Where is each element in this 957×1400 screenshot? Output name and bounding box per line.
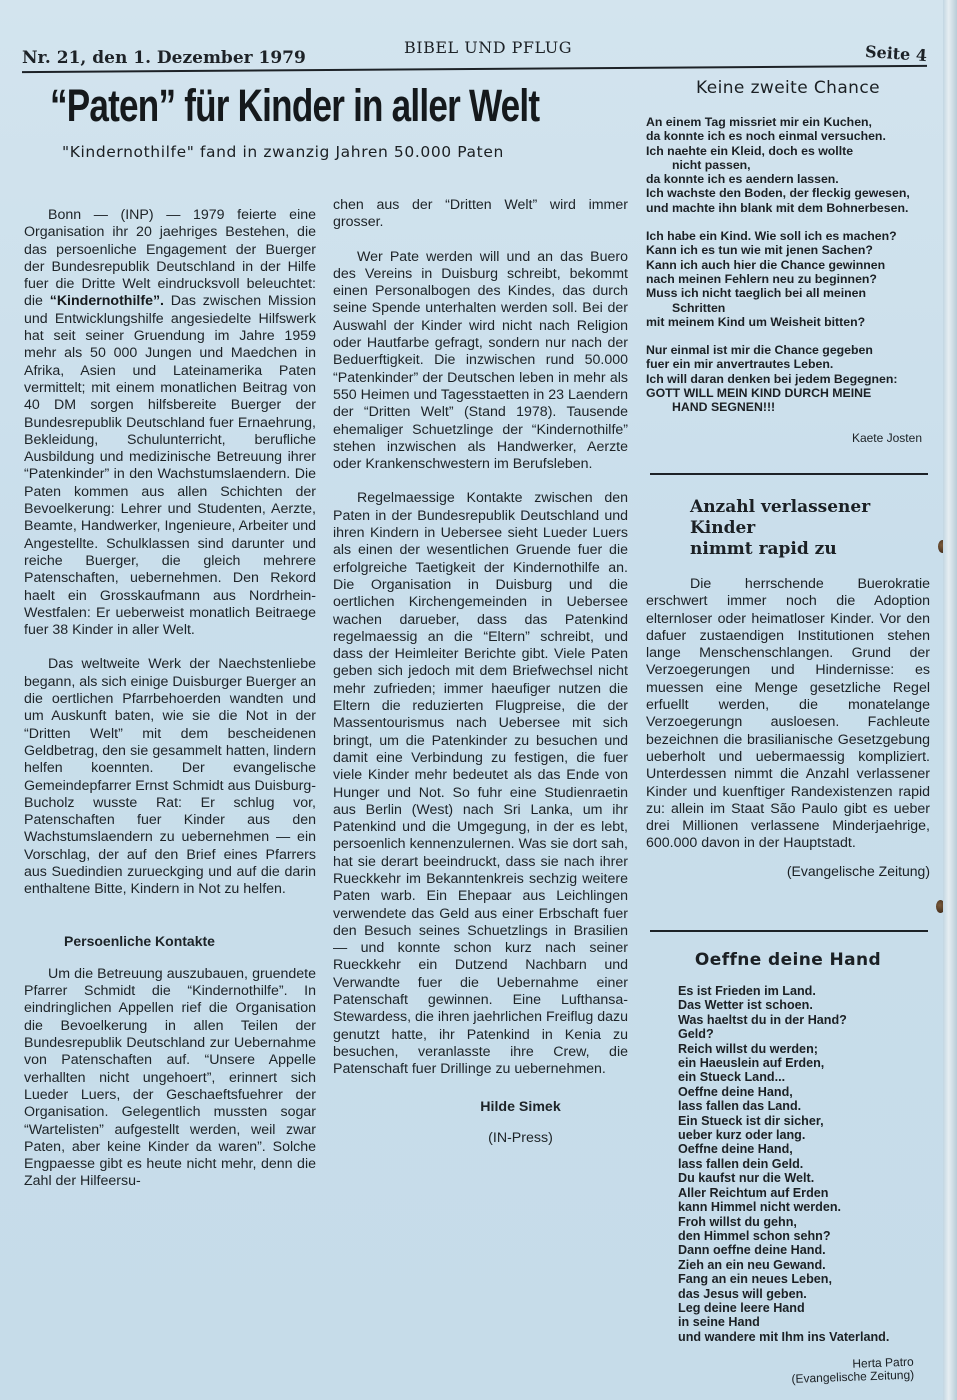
page-binding-edge [943,0,957,1400]
poem-keine-zweite-chance: Keine zweite Chance An einem Tag missrie… [646,78,930,445]
poem-title: Keine zweite Chance [646,78,930,98]
article-column-1: Bonn — (INP) — 1979 feierte eine Organis… [24,207,316,1191]
paragraph-continued: chen aus der “Dritten Welt” wird immer g… [333,197,628,232]
paragraph: Um die Betreuung auszubauen, gruendete P… [24,966,316,1191]
section-heading: Persoenliche Kontakte [64,933,316,950]
poem-author: Herta Patro (Evangelische Zeitung) [646,1355,931,1391]
paragraph: Bonn — (INP) — 1979 feierte eine Organis… [24,207,316,639]
poem-lines: Es ist Frieden im Land. Das Wetter ist s… [646,984,930,1344]
masthead: Nr. 21, den 1. Dezember 1979 BIBEL UND P… [22,38,927,78]
issue-date: Nr. 21, den 1. Dezember 1979 [22,48,306,68]
organisation-name: “Kindernothilfe”. [50,293,164,309]
paragraph: Wer Pate werden will und an das Buero de… [333,249,628,474]
source-credit: (IN-Press) [333,1130,628,1147]
source-credit: (Evangelische Zeitung) [646,863,930,879]
page-number: Seite 4 [864,42,927,65]
article-title: Anzahl verlassener Kinder nimmt rapid zu [646,497,930,560]
paragraph: Das weltweite Werk der Naechstenliebe be… [24,656,316,898]
divider-rule [650,473,928,475]
divider-rule [650,930,928,932]
publication-name: BIBEL UND PFLUG [404,38,572,57]
poem-oeffne-deine-hand: Oeffne deine Hand Es ist Frieden im Land… [646,950,930,1386]
newspaper-page: Nr. 21, den 1. Dezember 1979 BIBEL UND P… [0,0,957,1400]
main-subheadline: "Kindernothilfe" fand in zwanzig Jahren … [62,143,504,161]
article-body: Die herrschende Buerokratie erschwert im… [646,576,930,853]
article-column-2: chen aus der “Dritten Welt” wird immer g… [333,197,628,1147]
poem-author: Kaete Josten [646,431,930,445]
paragraph: Regelmaessige Kontakte zwischen den Pate… [333,490,628,1078]
main-headline: “Paten” für Kinder in aller Welt [50,82,487,130]
poem-title: Oeffne deine Hand [646,950,930,970]
poem-lines: An einem Tag missriet mir ein Kuchen, da… [646,115,930,415]
author-byline: Hilde Simek [333,1099,628,1116]
article-verlassene-kinder: Anzahl verlassener Kinder nimmt rapid zu… [646,497,930,879]
